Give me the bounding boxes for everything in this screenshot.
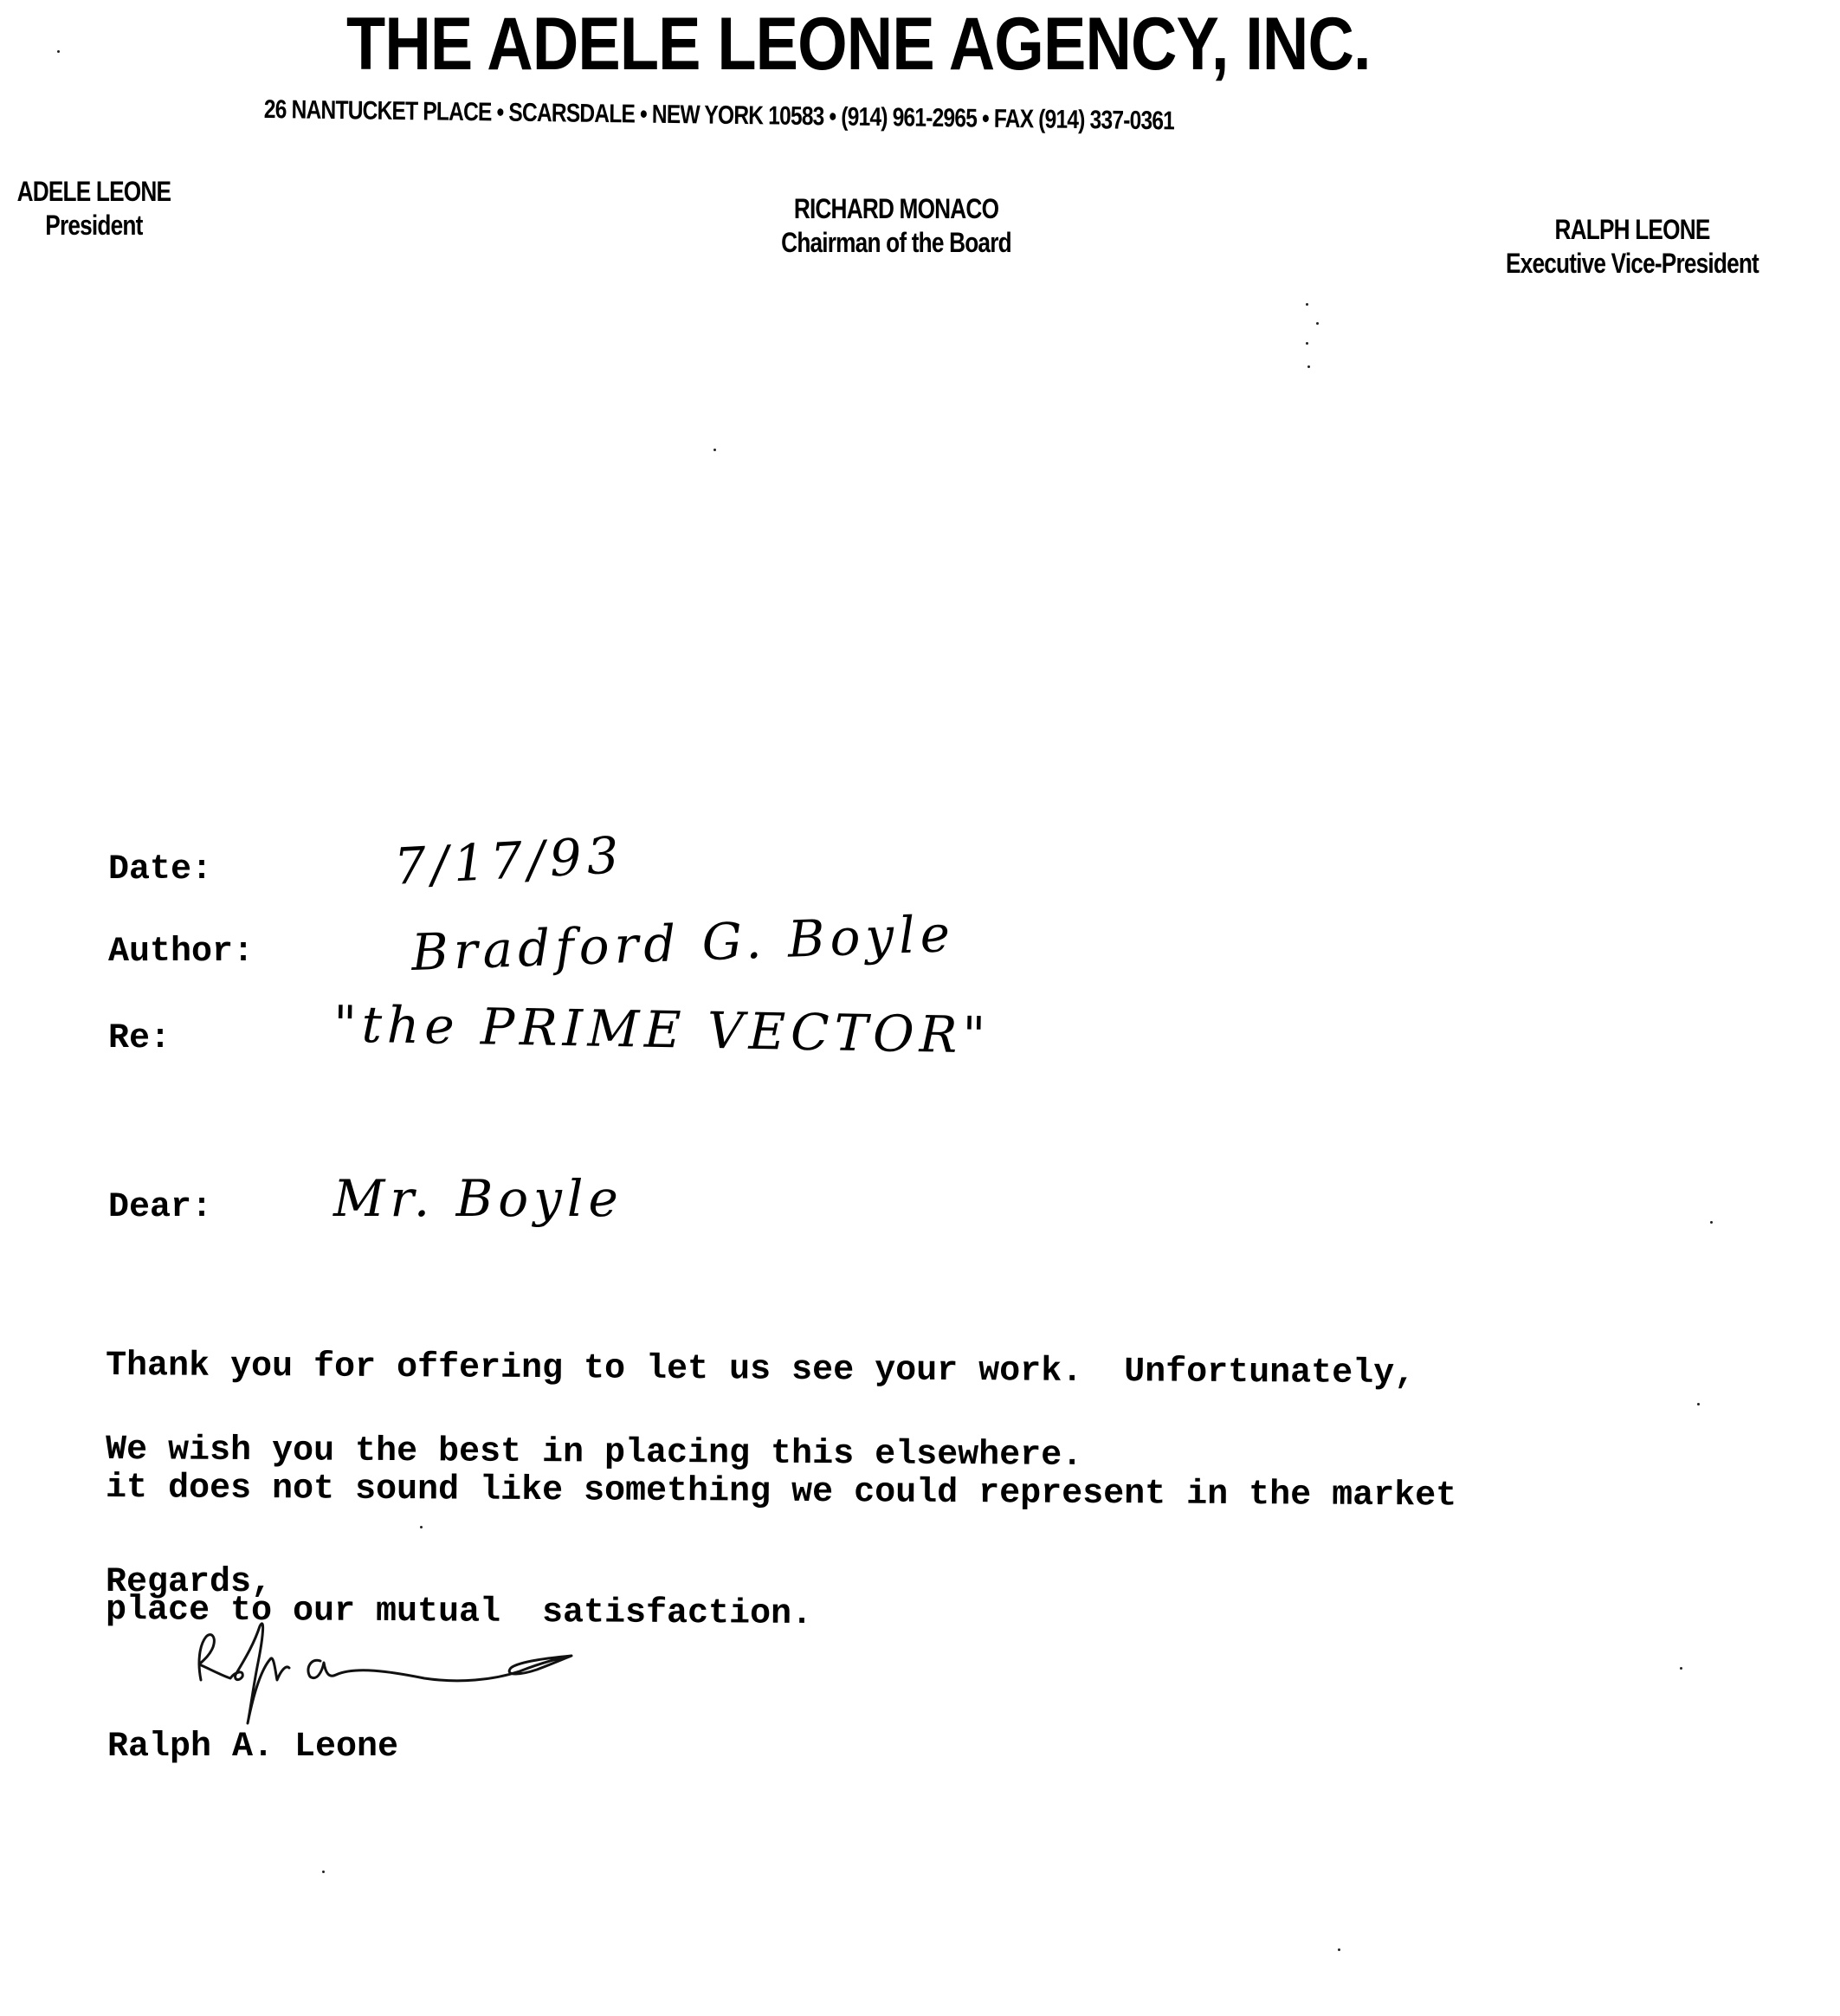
author-label: Author: bbox=[108, 935, 281, 970]
scan-speck bbox=[1338, 1948, 1340, 1951]
officer-title: Executive Vice-President bbox=[1480, 247, 1785, 281]
body-line: Thank you for offering to let us see you… bbox=[106, 1346, 1457, 1395]
scan-speck bbox=[1680, 1667, 1682, 1670]
signer-name: Ralph A. Leone bbox=[107, 1730, 398, 1765]
scan-speck bbox=[1710, 1221, 1713, 1224]
scan-speck bbox=[420, 1526, 423, 1528]
re-value-handwritten: "the PRIME VECTOR" bbox=[333, 998, 991, 1060]
scan-speck bbox=[1306, 342, 1308, 345]
agency-address: 26 NANTUCKET PLACE • SCARSDALE • NEW YOR… bbox=[264, 97, 1174, 134]
officer-president: ADELE LEONE President bbox=[9, 175, 179, 242]
officer-title: Chairman of the Board bbox=[758, 226, 1035, 260]
officer-chairman: RICHARD MONACO Chairman of the Board bbox=[758, 192, 1035, 260]
officer-name: RICHARD MONACO bbox=[758, 192, 1035, 226]
closing-salutation: Regards, bbox=[106, 1566, 272, 1600]
officer-name: RALPH LEONE bbox=[1480, 213, 1785, 247]
body-paragraph-2: We wish you the best in placing this els… bbox=[106, 1433, 1082, 1474]
scan-speck bbox=[322, 1871, 325, 1873]
signature bbox=[190, 1611, 589, 1741]
scan-speck bbox=[1697, 1403, 1700, 1405]
scan-speck bbox=[1306, 303, 1308, 306]
scan-speck bbox=[713, 449, 716, 451]
dear-field: Dear: Mr. Boyle bbox=[108, 1173, 623, 1225]
scan-speck bbox=[1316, 322, 1319, 325]
scan-speck bbox=[1307, 365, 1310, 368]
signature-scribble-icon bbox=[190, 1611, 589, 1741]
officer-evp: RALPH LEONE Executive Vice-President bbox=[1480, 213, 1785, 281]
agency-name: THE ADELE LEONE AGENCY, INC. bbox=[346, 7, 1217, 81]
body-line: it does not sound like something we coul… bbox=[106, 1468, 1457, 1517]
author-field: Author: Bradford G. Boyle bbox=[108, 918, 955, 970]
re-label: Re: bbox=[108, 1022, 281, 1056]
scan-speck bbox=[57, 50, 60, 53]
officer-name: ADELE LEONE bbox=[9, 175, 179, 209]
re-field: Re: "the PRIME VECTOR" bbox=[108, 1005, 991, 1056]
dear-value-handwritten: Mr. Boyle bbox=[333, 1173, 623, 1224]
date-value-handwritten: 7/17/93 bbox=[393, 830, 625, 892]
officer-title: President bbox=[9, 209, 179, 242]
date-field: Date: 7/17/93 bbox=[108, 836, 624, 888]
dear-label: Dear: bbox=[108, 1191, 273, 1225]
author-value-handwritten: Bradford G. Boyle bbox=[410, 908, 956, 978]
date-label: Date: bbox=[108, 853, 281, 888]
